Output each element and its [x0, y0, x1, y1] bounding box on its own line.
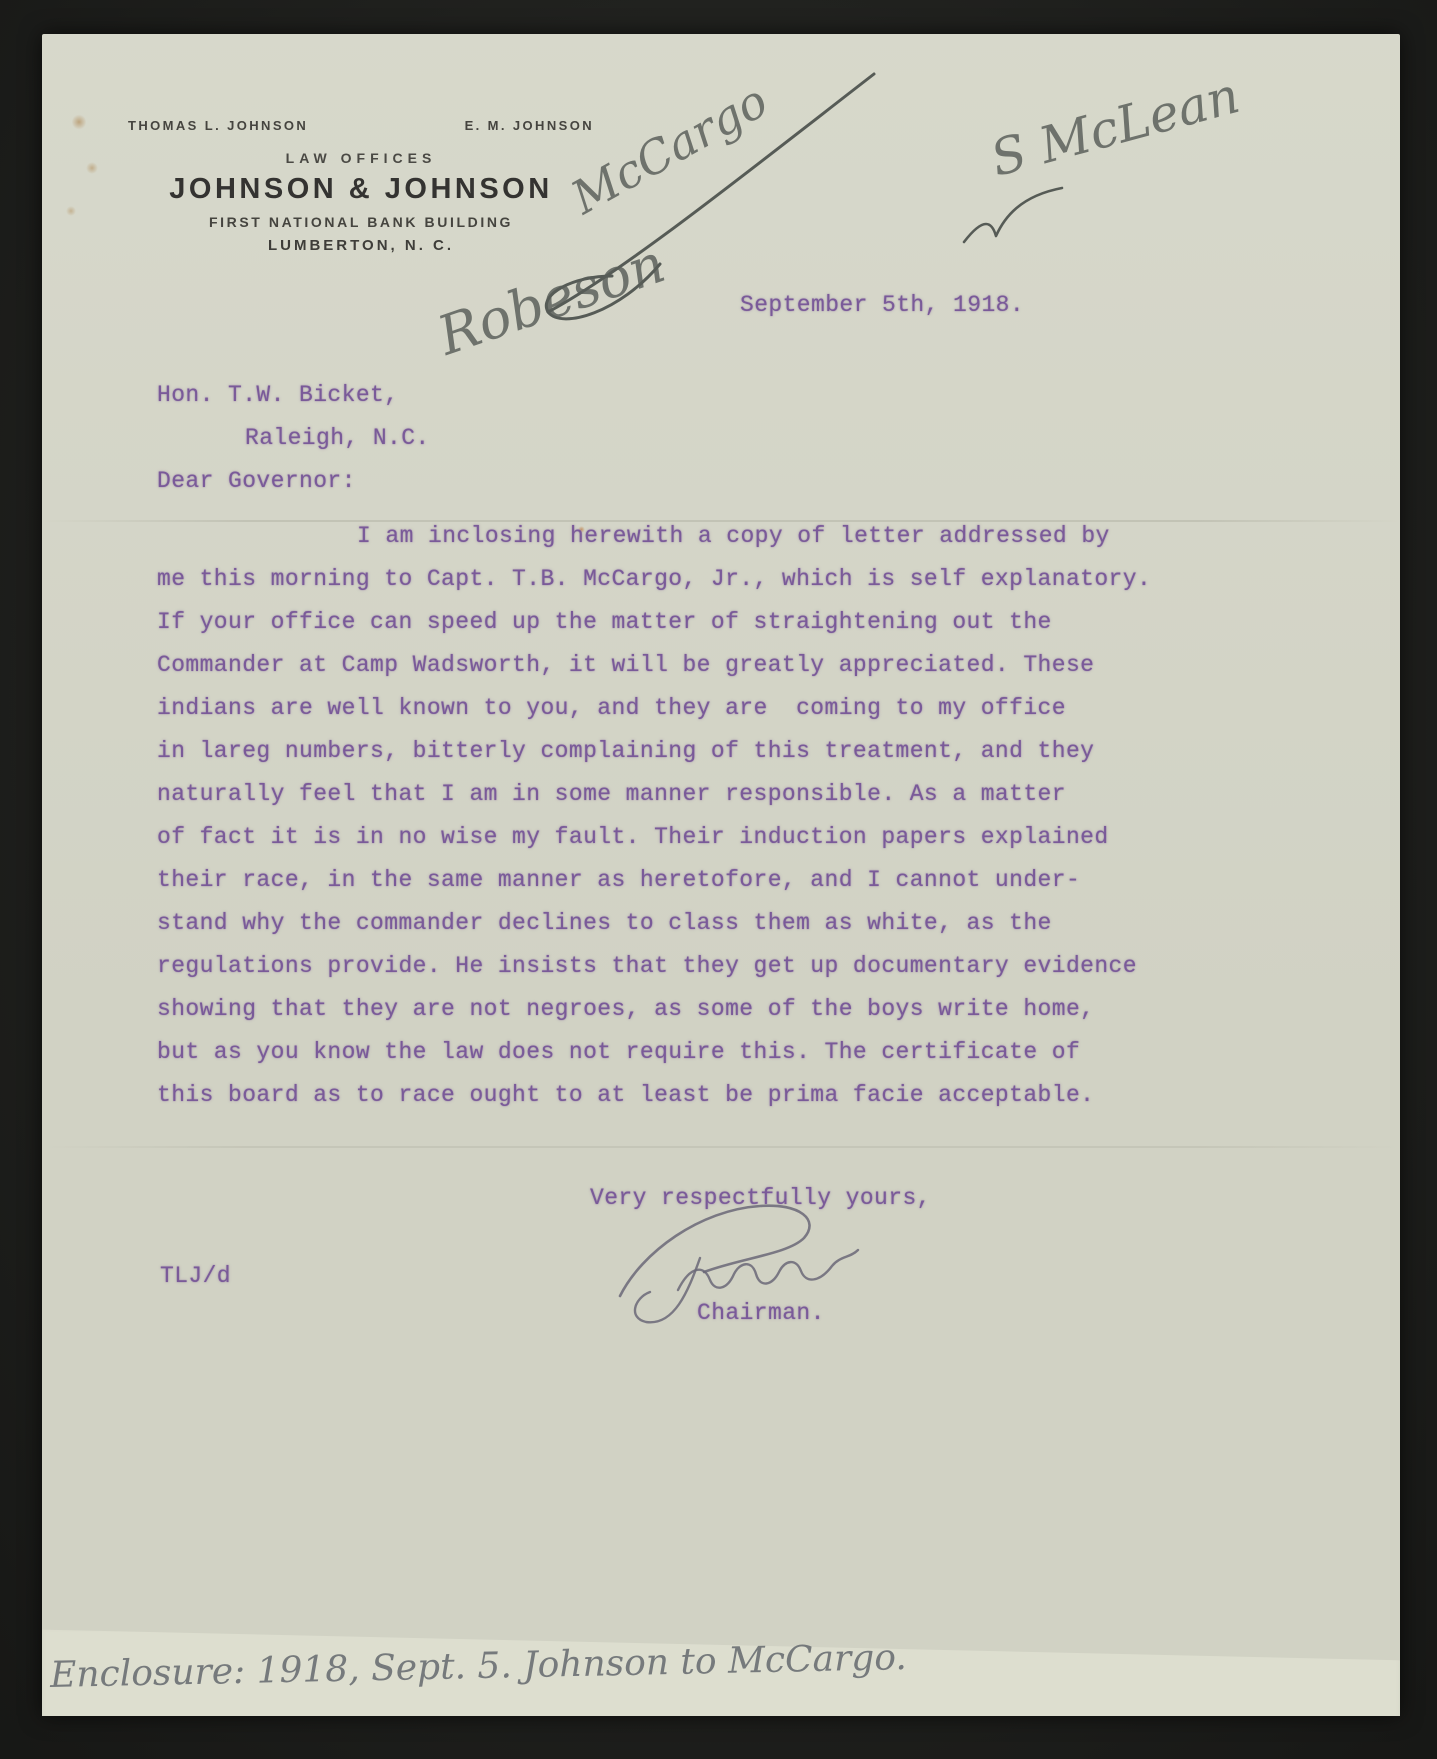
body-line: stand why the commander declines to clas… — [157, 910, 1052, 936]
letter-paper: THOMAS L. JOHNSON E. M. JOHNSON LAW OFFI… — [42, 34, 1400, 1716]
salutation-line: Dear Governor: — [157, 468, 356, 494]
body-line: of fact it is in no wise my fault. Their… — [157, 824, 1109, 850]
body-line: this board as to race ought to at least … — [157, 1082, 1094, 1108]
signer-title-line: Chairman. — [697, 1300, 825, 1326]
body-line: regulations provide. He insists that the… — [157, 953, 1137, 979]
body-line: but as you know the law does not require… — [157, 1039, 1080, 1065]
body-line: their race, in the same manner as hereto… — [157, 867, 1080, 893]
pencil-checkmark — [954, 176, 1084, 276]
handwritten-top-right-name: S McLean — [985, 66, 1246, 188]
date-line: September 5th, 1918. — [740, 292, 1024, 318]
body-line: indians are well known to you, and they … — [157, 695, 1066, 721]
attorney-name-left: THOMAS L. JOHNSON — [128, 118, 308, 133]
crease-line — [42, 1146, 1400, 1148]
recipient-city-line: Raleigh, N.C. — [245, 425, 430, 451]
body-line: showing that they are not negroes, as so… — [157, 996, 1094, 1022]
body-line: If your office can speed up the matter o… — [157, 609, 1052, 635]
typist-initials: TLJ/d — [160, 1263, 231, 1289]
body-line: Commander at Camp Wadsworth, it will be … — [157, 652, 1094, 678]
body-line: I am inclosing herewith a copy of letter… — [357, 523, 1110, 549]
crease-line — [42, 520, 1400, 522]
foxing-spot — [72, 114, 86, 130]
recipient-line: Hon. T.W. Bicket, — [157, 382, 398, 408]
body-line: in lareg numbers, bitterly complaining o… — [157, 738, 1094, 764]
foxing-spot — [86, 162, 98, 174]
body-line: me this morning to Capt. T.B. McCargo, J… — [157, 566, 1151, 592]
foxing-spot — [66, 206, 76, 216]
body-line: naturally feel that I am in some manner … — [157, 781, 1066, 807]
